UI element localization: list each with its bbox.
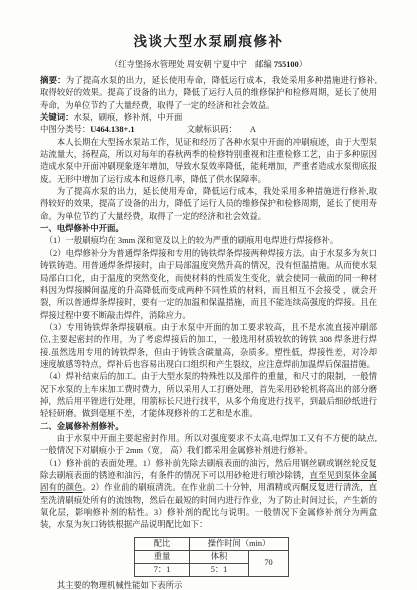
clc-value: U464.138+.1 [90, 125, 134, 134]
section1-item-1: （1）一般刷痕均在 3mm 深和宽及以上的较为严重的刷痕用电焊进行焊接修补。 [40, 235, 377, 247]
byline-affiliation-authors: （红寺堡扬水管理处 周安朝 宁夏中宁 邮编 [110, 60, 274, 69]
abstract-label: 摘要： [40, 76, 66, 85]
intro-paragraph: 本人长期在大型扬水泵站工作，见证和经历了各种水泵中开面的冲刷痕迹，由于大型泵站流… [40, 137, 377, 186]
time-value-cell: 70 [249, 550, 289, 576]
byline-close-paren: ） [299, 60, 307, 69]
document-page: 浅谈大型水泵刷痕修补 （红寺堡扬水管理处 周安朝 宁夏中宁 邮编 755100）… [0, 0, 417, 590]
surface-prep-text-2: 。2）作业前的刷痕清洗。在作业前二十分钟，用酒精或丙酮反复进行清洗，直至洗清刷痕… [40, 483, 377, 529]
volume-cell: 体积 [190, 550, 249, 563]
section2-intro: 由于水泵中开面主要起密封作用。所以对强度要求不太高,电焊加工又有不方便的缺点,一… [40, 433, 377, 458]
section2-surface-prep: （1）修补前的表面处理。1）修补前先除去刷痕表面的油污，然后用钢丝刷或钢丝轮反复… [40, 458, 377, 532]
volume-ratio-cell: 5：1 [190, 563, 249, 576]
closing-line: 其主要的物理机械性能如下表所示 [40, 580, 377, 590]
clc-line: 中图分类号：U464.138+.1文献标识码：A [40, 124, 377, 136]
byline-zipcode: 755100 [274, 60, 299, 69]
section1-item-3: （3）专用铸铁焊条焊接刷痕。由于水泵中开面的加工要求较高，且不是水流直接冲刷部位… [40, 322, 377, 371]
doc-code-value: A [250, 125, 256, 134]
keywords-line: 关键词：水泵，刷痕，修补剂，中开面 [40, 112, 377, 124]
ratio-header-cell: 配比 [135, 537, 190, 550]
table-header-row: 配比 操作时间（min） [135, 537, 289, 550]
byline: （红寺堡扬水管理处 周安朝 宁夏中宁 邮编 755100） [40, 59, 377, 70]
mix-ratio-table: 配比 操作时间（min） 重量 体积 70 7：1 5：1 [134, 537, 289, 577]
abstract-text: 为了提高水泵的出力，延长使用寿命，降低运行成本，我处采用多种措施进行修补,取得较… [40, 76, 377, 110]
section1-item-4: （4）焊补结束后的加工。由于大型水泵的特殊性以及部件的重量，和尺寸的限制，一般情… [40, 371, 377, 420]
paper-title: 浅谈大型水泵刷痕修补 [40, 34, 377, 50]
section2-heading: 二、金属修补剂修补。 [40, 421, 377, 433]
operation-time-header-cell: 操作时间（min） [190, 537, 289, 550]
weight-ratio-cell: 7：1 [135, 563, 190, 576]
purpose-paragraph: 为了提高水泵的出力，延长使用寿命，降低运行成本，我处采用多种措施进行修补,取得较… [40, 186, 377, 223]
doc-code-label: 文献标识码： [187, 125, 237, 134]
section1-heading: 一、电焊修补中开面。 [40, 223, 377, 235]
section1-item-2: （2）电焊修补分为普通焊条焊接和专用的铸铁焊条焊接两种焊接方法。由于水泵多为灰口… [40, 248, 377, 322]
keywords-label: 关键词： [40, 113, 74, 122]
weight-cell: 重量 [135, 550, 190, 563]
table-subheader-row: 重量 体积 70 [135, 550, 289, 563]
clc-label: 中图分类号： [40, 125, 90, 134]
abstract: 摘要：为了提高水泵的出力，延长使用寿命，降低运行成本，我处采用多种措施进行修补,… [40, 75, 377, 112]
keywords-text: 水泵，刷痕，修补剂，中开面 [74, 113, 183, 122]
